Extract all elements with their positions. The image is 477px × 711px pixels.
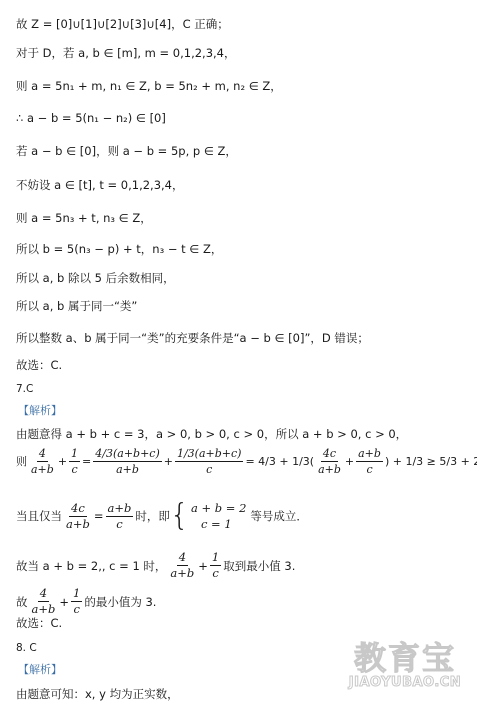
text-line: 则 a = 5n₁ + m, n₁ ∈ Z, b = 5n₂ + m, n₂ ∈… bbox=[16, 78, 282, 94]
text: 当且仅当 bbox=[16, 508, 62, 524]
text-line: 则 a = 5n₃ + t, n₃ ∈ Z， bbox=[16, 210, 152, 226]
equation-system: a + b = 2 c = 1 bbox=[191, 500, 246, 532]
conclusion-line: 故 4a+b + 1c 的最小值为 3. bbox=[16, 586, 156, 617]
question-number: 7.C bbox=[16, 381, 33, 397]
analysis-tag: 【解析】 bbox=[18, 403, 62, 419]
fraction: 4a+b bbox=[30, 586, 58, 617]
eq-prefix: 则 bbox=[16, 454, 27, 470]
fraction: 1/3(a+b+c)c bbox=[175, 446, 243, 477]
equality-condition-line: 当且仅当 4ca+b = a+bc 时，即 { a + b = 2 c = 1 … bbox=[16, 500, 308, 532]
analysis-tag: 【解析】 bbox=[18, 662, 62, 678]
text-line: 对于 D，若 a, b ∈ [m], m = 0,1,2,3,4， bbox=[16, 45, 236, 61]
text-line: 所以 a, b 属于同一“类” bbox=[16, 298, 137, 314]
fraction: a+bc bbox=[106, 501, 134, 532]
plus-sign: + bbox=[58, 454, 67, 470]
fraction: 4a+b bbox=[29, 446, 56, 477]
text-line: 由题意可知：x, y 均为正实数， bbox=[16, 686, 179, 702]
text-line: 由题意得 a + b + c = 3，a > 0, b > 0, c > 0，所… bbox=[16, 426, 407, 442]
plus-sign: + bbox=[164, 454, 173, 470]
plus-sign: + bbox=[345, 454, 354, 470]
text-line: ∴ a − b = 5(n₁ − n₂) ∈ [0] bbox=[16, 110, 166, 126]
watermark: 教育宝 JIAOYUBAO.CN bbox=[345, 640, 465, 690]
equals-sign: = bbox=[82, 454, 91, 470]
system-row: c = 1 bbox=[191, 516, 246, 532]
fraction: 1c bbox=[69, 446, 80, 477]
system-row: a + b = 2 bbox=[191, 500, 246, 516]
question-number: 8. C bbox=[16, 640, 37, 656]
text: 时，即 bbox=[135, 508, 170, 524]
plus-sign: + bbox=[198, 558, 208, 574]
watermark-en: JIAOYUBAO.CN bbox=[345, 676, 465, 690]
equation-text: = 4/3 + 1/3( bbox=[245, 454, 314, 470]
text-line: 故选：C. bbox=[16, 357, 62, 373]
text-line: 不妨设 a ∈ [t], t = 0,1,2,3,4， bbox=[16, 177, 184, 193]
text: 的最小值为 3. bbox=[84, 594, 156, 610]
fraction: 1c bbox=[71, 586, 82, 617]
text-line: 所以整数 a、b 属于同一“类”的充要条件是“a − b ∈ [0]”，D 错误… bbox=[16, 330, 369, 346]
text: 故 bbox=[16, 594, 28, 610]
text: 故当 a + b = 2,, c = 1 时， bbox=[16, 558, 166, 574]
equation-text: ) + 1/3 ≥ 5/3 + 2/3 bbox=[385, 454, 477, 470]
answer-line: 故选：C. bbox=[16, 615, 62, 631]
text-line: 若 a − b ∈ [0]，则 a − b = 5p, p ∈ Z， bbox=[16, 143, 237, 159]
brace-icon: { bbox=[170, 501, 189, 531]
text-line: 所以 a, b 除以 5 后余数相同， bbox=[16, 270, 175, 286]
watermark-cn: 教育宝 bbox=[345, 640, 465, 676]
text: 取到最小值 3. bbox=[223, 558, 295, 574]
text: 等号成立． bbox=[250, 508, 308, 524]
text-line: 所以 b = 5(n₃ − p) + t，n₃ − t ∈ Z， bbox=[16, 241, 222, 257]
equation-line: 则 4a+b + 1c = 4/3(a+b+c)a+b + 1/3(a+b+c)… bbox=[16, 445, 477, 478]
fraction: 4a+b bbox=[168, 550, 196, 581]
fraction: a+bc bbox=[356, 446, 383, 477]
plus-sign: + bbox=[59, 594, 69, 610]
fraction: 4ca+b bbox=[64, 501, 92, 532]
fraction: 1c bbox=[210, 550, 221, 581]
equals-sign: = bbox=[94, 508, 104, 524]
fraction: 4ca+b bbox=[316, 446, 343, 477]
fraction: 4/3(a+b+c)a+b bbox=[93, 446, 161, 477]
text-line: 故 Z = [0]∪[1]∪[2]∪[3]∪[4]，C 正确； bbox=[16, 16, 229, 32]
min-value-line: 故当 a + b = 2,, c = 1 时， 4a+b + 1c 取到最小值 … bbox=[16, 550, 295, 581]
